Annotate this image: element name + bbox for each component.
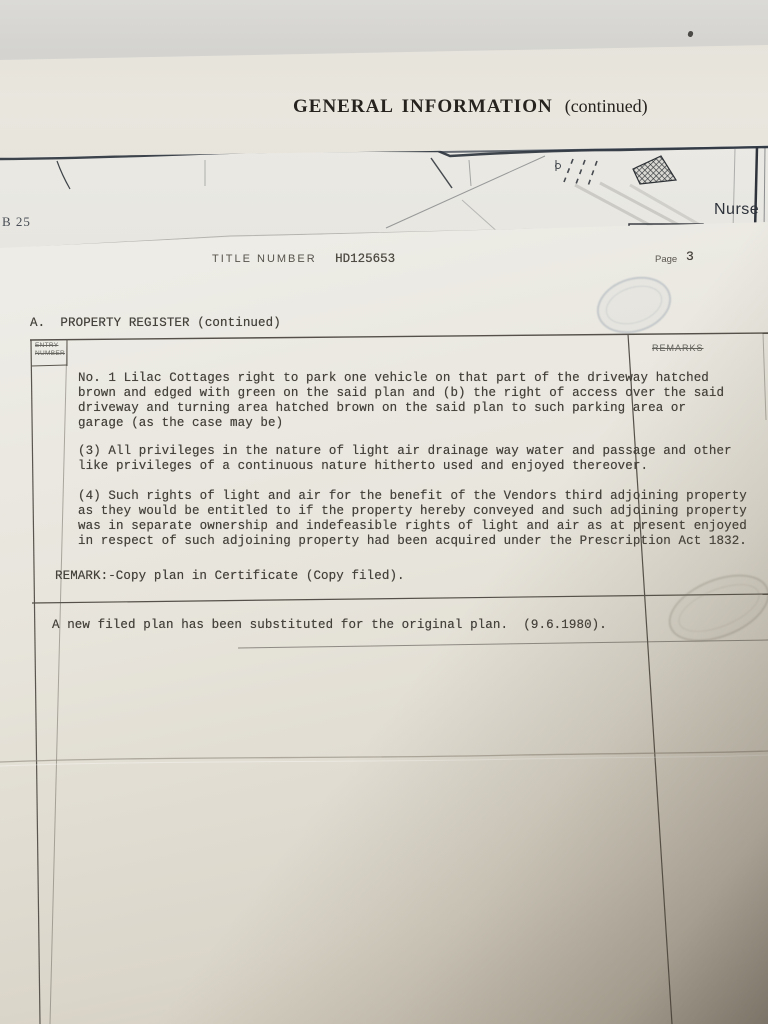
remarks-column-header: REMARKS	[652, 343, 704, 353]
ink-speck	[687, 30, 694, 37]
entry-number-column-header: ENTRY NUMBER	[35, 342, 65, 357]
entry1-paragraph-3: (4) Such rights of light and air for the…	[78, 489, 747, 549]
title-number-label: TITLE NUMBER	[212, 253, 317, 265]
entry1-paragraph-2: (3) All privileges in the nature of ligh…	[78, 444, 732, 474]
text-line: (4) Such rights of light and air for the…	[78, 489, 747, 504]
title-number-value: HD125653	[335, 252, 395, 266]
general-info-heading: GENERAL INFORMATION (continued)	[293, 96, 648, 118]
entry-col-header-line2: NUMBER	[35, 350, 65, 358]
document-photo: GENERAL INFORMATION (continued)	[0, 0, 768, 1024]
entry-col-header-line1: ENTRY	[35, 342, 65, 350]
entry2-text: A new filed plan has been substituted fo…	[52, 618, 607, 632]
text-line: driveway and turning area hatched brown …	[78, 401, 724, 416]
general-info-heading-suffix: (continued)	[565, 96, 648, 116]
title-number-row: TITLE NUMBER HD125653	[212, 249, 395, 267]
map-label-b25: B 25	[2, 214, 31, 230]
text-line: brown and edged with green on the said p…	[78, 386, 724, 401]
text-line: as they would be entitled to if the prop…	[78, 504, 747, 519]
entry1-paragraph-1: No. 1 Lilac Cottages right to park one v…	[78, 371, 724, 431]
entry1-remark: REMARK:-Copy plan in Certificate (Copy f…	[55, 569, 405, 583]
page-number: 3	[686, 249, 694, 264]
map-label-nurse: Nurse	[714, 201, 759, 219]
text-line: like privileges of a continuous nature h…	[78, 459, 732, 474]
general-info-heading-text: GENERAL INFORMATION	[293, 96, 553, 117]
text-line: in respect of such adjoining property ha…	[78, 534, 747, 549]
text-line: was in separate ownership and indefeasib…	[78, 519, 747, 534]
text-line: garage (as the case may be)	[78, 416, 724, 431]
text-line: (3) All privileges in the nature of ligh…	[78, 444, 732, 459]
section-heading: A. PROPERTY REGISTER (continued)	[30, 316, 281, 330]
text-line: No. 1 Lilac Cottages right to park one v…	[78, 371, 724, 386]
page-label: Page	[655, 254, 677, 265]
